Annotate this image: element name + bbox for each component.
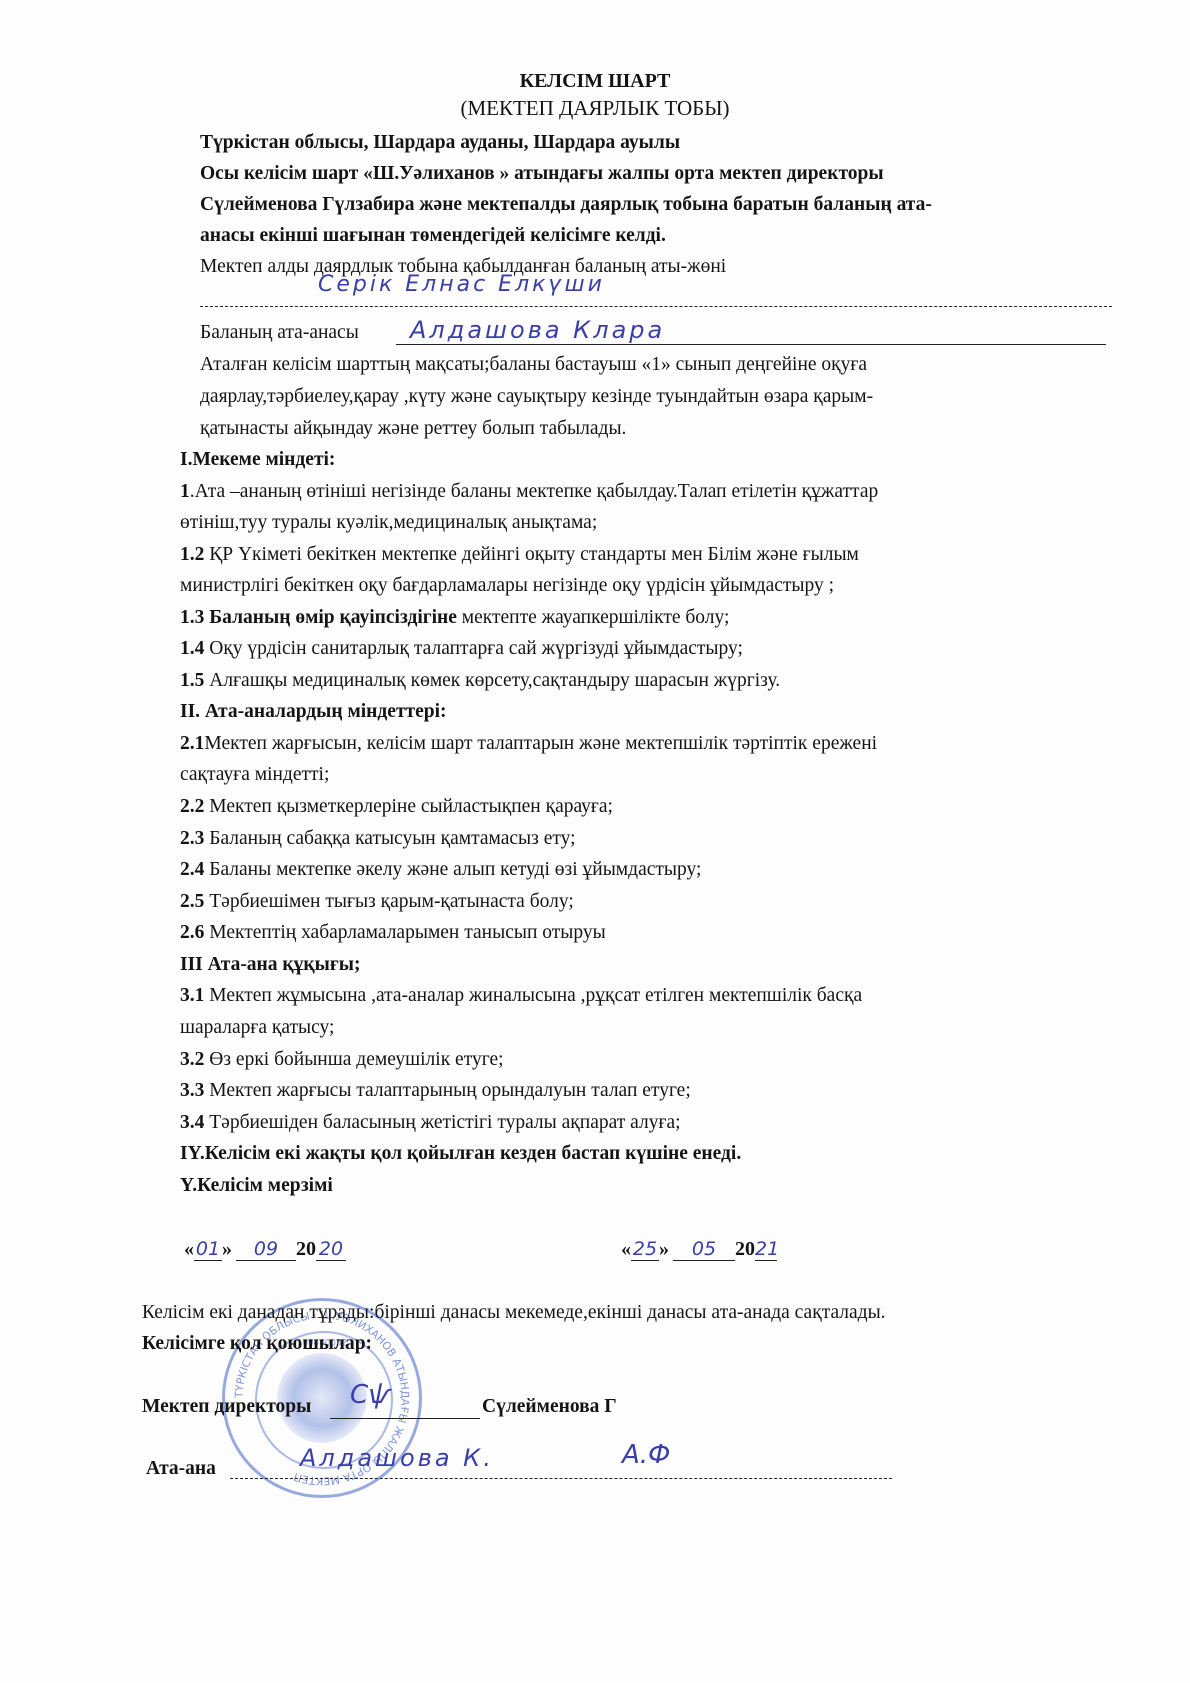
section-5-heading: Y.Келісім мерзімі xyxy=(180,1173,333,1199)
clause-3-2: 3.2 Өз еркі бойынша демеушілік етуге; xyxy=(180,1047,504,1073)
document-subtitle: (МЕКТЕП ДАЯРЛЫК ТОБЫ) xyxy=(0,96,1190,121)
clause-2-4: 2.4 Баланы мектепке әкелу және алып кету… xyxy=(180,857,701,883)
end-date: «25»052021 xyxy=(621,1238,777,1261)
section-3-heading: III Ата-ана құқығы; xyxy=(180,952,360,978)
start-date: «01»092020 xyxy=(184,1238,346,1261)
parent-sign-label: Ата-ана xyxy=(146,1456,216,1482)
clause-1-2: 1.2 ҚР Үкіметі бекіткен мектепке дейінгі… xyxy=(180,542,859,568)
clause-2-2: 2.2 Мектеп қызметкерлеріне сыйластықпен … xyxy=(180,794,613,820)
clause-2-1-cont: сақтауға міндетті; xyxy=(180,762,329,788)
clause-1-5: 1.5 Алғашқы медициналық көмек көрсету,са… xyxy=(180,668,780,694)
parent-field-line xyxy=(396,344,1106,345)
child-name-value: Серік Елнас Елкүши xyxy=(318,272,605,297)
director-signature-line xyxy=(330,1418,480,1419)
clause-3-1-cont: шараларға қатысу; xyxy=(180,1015,334,1041)
purpose-line-2: даярлау,тәрбиелеу,қарау ,күту және сауық… xyxy=(200,384,873,410)
parent-label: Баланың ата-анасы xyxy=(200,320,359,346)
parent-sign-line xyxy=(230,1478,892,1479)
start-month: 09 xyxy=(236,1238,296,1261)
intro-line-3: анасы екінші шағынан төмендегідей келісі… xyxy=(200,223,666,249)
intro-line-1: Осы келісім шарт «Ш.Уәлиханов » атындағы… xyxy=(200,161,884,187)
document-title: КЕЛСІМ ШАРТ xyxy=(0,70,1190,93)
director-name: Сүлейменова Г xyxy=(482,1394,617,1420)
clause-3-4: 3.4 Тәрбиешіден баласының жетістігі тура… xyxy=(180,1110,681,1136)
clause-2-5: 2.5 Тәрбиешімен тығыз қарым-қатынаста бо… xyxy=(180,889,574,915)
parent-value: Алдашова Клара xyxy=(410,316,665,344)
clause-1-1-cont: өтініш,туу туралы куәлік,медициналық аны… xyxy=(180,510,597,536)
child-name-field-line xyxy=(200,306,1112,307)
purpose-line-1: Аталған келісім шарттың мақсаты;баланы б… xyxy=(200,352,867,378)
parent-sign-value: Алдашова К. xyxy=(300,1444,494,1472)
parent-signature: А.Ф xyxy=(622,1440,670,1470)
clause-1-3: 1.3 Баланың өмір қауіпсіздігіне мектепте… xyxy=(180,605,729,631)
location-line: Түркістан облысы, Шардара ауданы, Шардар… xyxy=(200,130,680,156)
end-day: 25 xyxy=(631,1238,659,1261)
contract-page: КЕЛСІМ ШАРТ (МЕКТЕП ДАЯРЛЫК ТОБЫ) Түркіс… xyxy=(0,0,1190,1683)
end-month: 05 xyxy=(673,1238,735,1261)
clause-2-6: 2.6 Мектептің хабарламаларымен танысып о… xyxy=(180,920,606,946)
clause-1-4: 1.4 Оқу үрдісін санитарлық талаптарға са… xyxy=(180,636,743,662)
clause-1-2-cont: министрлігі бекіткен оқу бағдарламалары … xyxy=(180,573,834,599)
intro-line-2: Сүлейменова Гүлзабира және мектепалды да… xyxy=(200,192,932,218)
clause-2-3: 2.3 Баланың сабаққа катысуын қамтамасыз … xyxy=(180,826,576,852)
clause-1-1: 1.Ата –ананың өтініші негізінде баланы м… xyxy=(180,479,878,505)
director-signature: Сѱ xyxy=(350,1380,391,1410)
start-day: 01 xyxy=(194,1238,222,1261)
purpose-line-3: қатынасты айқындау және реттеу болып таб… xyxy=(200,416,626,442)
clause-3-3: 3.3 Мектеп жарғысы талаптарының орындалу… xyxy=(180,1078,691,1104)
section-1-heading: I.Мекеме міндеті: xyxy=(180,447,335,473)
start-year: 20 xyxy=(316,1238,346,1261)
clause-3-1: 3.1 Мектеп жұмысына ,ата-аналар жиналысы… xyxy=(180,983,862,1009)
copies-note: Келісім екі данадан тұрады:бірінші данас… xyxy=(142,1300,886,1326)
signatories-label: Келісімге қол қоюшылар: xyxy=(142,1331,372,1357)
section-2-heading: II. Ата-аналардың міндеттері: xyxy=(180,699,447,725)
director-label: Мектеп директоры xyxy=(142,1394,311,1420)
clause-2-1: 2.1Мектеп жарғысын, келісім шарт талапта… xyxy=(180,731,877,757)
section-4-text: IY.Келісім екі жақты қол қойылған кезден… xyxy=(180,1141,741,1167)
end-year: 21 xyxy=(755,1238,777,1261)
